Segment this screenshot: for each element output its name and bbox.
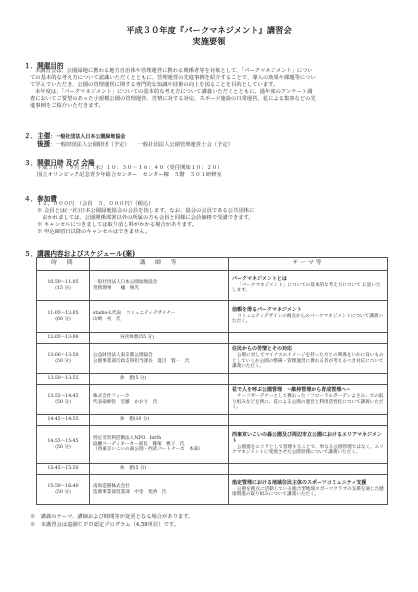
table-row-break: 15:45～15:50 休 憩(5 分) <box>37 464 388 475</box>
theme-title: 指定管理における地域住民主体のスポーツコミュニティ支援 <box>232 481 384 487</box>
table-row-break: 12:05～13:00 昼食休憩(55 分) <box>37 333 388 344</box>
time-cell: 10:50～11:05(15 分) <box>37 271 90 301</box>
document-subtitle: 実施要領 <box>0 36 418 47</box>
fee-note: ※ 申込締切日以降のキャンセルはできません。 <box>37 229 150 236</box>
event-venue: 国立オリンピック記念青少年総合センター センター棟 ５階 ５０１研修室 <box>37 172 222 179</box>
time-range: 12:05～13:00 <box>37 333 90 344</box>
table-row: 13:00～13:50(50 分) 公益財団法人東京都公園協会公園事業部行政支援… <box>37 344 388 374</box>
lecturer-name: 造園事業部営業部 中里 苑香 氏 <box>93 490 225 496</box>
time-range: 13:50～13:55 <box>37 374 90 385</box>
table-row-break: 13:50～13:55 休 憩(5 分) <box>37 374 388 385</box>
break-label: 昼食休憩(55 分) <box>90 333 229 344</box>
support-row: 後援：一般財団法人公園財団（予定） 一般社団法人公園管理運営士会（予定） <box>37 138 233 149</box>
theme-cell: 指定管理における地域住民主体のスポーツコミュニティ支援公園を拠点に活動している総… <box>229 475 388 505</box>
duration: (50 分) <box>40 445 86 451</box>
theme-description: 公園群をエリアとして管理することで、単なる公園管理ではなく、エリアマネジメントに… <box>232 445 384 457</box>
theme-description: チーフガーデナーとして携わった「フローラルガーデンよさみ」での取り組みなどを例に… <box>232 394 384 412</box>
lecturer-name: 公園事業部行政支援担当課長 夏目 賢一 氏 <box>93 359 225 365</box>
lecturer-cell: 一般社団法人日本公園緑地協会常務理事 橘 俊光 <box>90 271 229 301</box>
support-label: 後援 <box>37 140 50 148</box>
lecturer-cell: 公益財団法人東京都公園協会公園事業部行政支援担当課長 夏目 賢一 氏 <box>90 344 229 374</box>
lecturer-cell: studio-L代表 コミュニティデザイナー山崎 亮 氏 <box>90 301 229 333</box>
column-header-lecturer: 講 師 等 <box>90 258 229 271</box>
time-cell: 15:50～16:40(50 分) <box>37 475 90 505</box>
document-page: 平成３０年度『パークマネジメント』講習会 実施要領 １．開催目的 本講習会は、公… <box>0 0 418 592</box>
lecturer-cell: 南海造園株式会社造園事業部営業部 中里 苑香 氏 <box>90 475 229 505</box>
theme-description: 「パークマネジメント」についての基本的な考え方について お話いたします。 <box>232 283 384 295</box>
purpose-line: 進事例をご紹介いただきます。 <box>30 103 104 110</box>
duration: (50 分) <box>40 490 86 496</box>
theme-cell: パークマネジメントとは「パークマネジメント」についての基本的な考え方について お… <box>229 271 388 301</box>
duration: (60 分) <box>40 317 86 323</box>
lecturer-cell: 特定非営利活動法人NPO birth協働コーディネーター部長 篠塚 桃子 氏（西… <box>90 426 229 464</box>
theme-cell-empty <box>229 464 388 475</box>
break-label: 休 憩(5 分) <box>90 374 229 385</box>
column-header-theme: テーマ等 <box>229 258 388 271</box>
time-cell: 11:05～12:05(60 分) <box>37 301 90 333</box>
theme-cell-empty <box>229 415 388 426</box>
theme-cell: 花で人を呼ぶ公園管理 ~維持管理から育成管理へ~チーフガーデナーとして携わった「… <box>229 385 388 415</box>
theme-cell-empty <box>229 333 388 344</box>
document-title: 平成３０年度『パークマネジメント』講習会 <box>0 25 418 36</box>
table-row-break: 14:45～14:55 休 憩(10 分) <box>37 415 388 426</box>
theme-description: 公園を拠点に活動している総合型地域スポーツクラブの支援を通じた健康増進の取り組み… <box>232 487 384 499</box>
time-cell: 13:55～14:45(50 分) <box>37 385 90 415</box>
lecturer-cell: 株式会社フィーカ代表取締役 近藤 かおり 氏 <box>90 385 229 415</box>
theme-title: 西東京いこいの森公園及び周辺市立公園におけるエリアマネジメント <box>232 433 384 445</box>
table-row: 15:50～16:40(50 分) 南海造園株式会社造園事業部営業部 中里 苑香… <box>37 475 388 505</box>
time-cell: 13:00～13:50(50 分) <box>37 344 90 374</box>
break-label: 休 憩(10 分) <box>90 415 229 426</box>
theme-description: コミュニティデザインの視点からのパークマネジメントについて講義いただく。 <box>232 314 384 326</box>
theme-cell-empty <box>229 374 388 385</box>
table-row: 14:55～15:45(50 分) 特定非営利活動法人NPO birth協働コー… <box>37 426 388 464</box>
table-header-row: 時 間 講 師 等 テーマ等 <box>37 258 388 271</box>
lecturer-affiliation: （西東京いこいの森公園・西武パートナーズ 本部） <box>93 447 225 453</box>
lecturer-name: 常務理事 橘 俊光 <box>93 286 225 292</box>
footnote: ※ 講義のテーマ、講師および時間等が変更となる場合があります。 <box>30 514 193 521</box>
section-number: ２． <box>24 132 37 140</box>
footnote: ※ 本講習会は造園ＣＰＤ認定プログラム（4.58単位）です。 <box>30 522 179 529</box>
theme-cell: 西東京いこいの森公園及び周辺市立公園におけるエリアマネジメント公園群をエリアとし… <box>229 426 388 464</box>
table-row: 13:55～14:45(50 分) 株式会社フィーカ代表取締役 近藤 かおり 氏… <box>37 385 388 415</box>
lecturer-name: 山崎 亮 氏 <box>93 317 225 323</box>
duration: (50 分) <box>40 359 86 365</box>
table-row: 10:50～11:05(15 分) 一般社団法人日本公園緑地協会常務理事 橘 俊… <box>37 271 388 301</box>
theme-cell: 住民からの苦情とその対応公園に対してマイナスのイメージを持った方との関係をいかに… <box>229 344 388 374</box>
theme-description: 公園に対してマイナスのイメージを持った方との関係をいかに良いものとしていくか公園… <box>232 353 384 371</box>
table-row: 11:05～12:05(60 分) studio-L代表 コミュニティデザイナー… <box>37 301 388 333</box>
support-value: ：一般財団法人公園財団（予定） 一般社団法人公園管理運営士会（予定） <box>50 142 233 148</box>
time-range: 15:45～15:50 <box>37 464 90 475</box>
theme-cell: 信頼を得るパークマネジメントコミュニティデザインの視点からのパークマネジメントに… <box>229 301 388 333</box>
duration: (15 分) <box>40 286 86 292</box>
time-range: 14:45～14:55 <box>37 415 90 426</box>
duration: (50 分) <box>40 400 86 406</box>
column-header-time: 時 間 <box>37 258 90 271</box>
lecturer-name: 代表取締役 近藤 かおり 氏 <box>93 400 225 406</box>
time-cell: 14:55～15:45(50 分) <box>37 426 90 464</box>
break-label: 休 憩(5 分) <box>90 464 229 475</box>
schedule-table: 時 間 講 師 等 テーマ等 10:50～11:05(15 分) 一般社団法人日… <box>36 257 388 505</box>
